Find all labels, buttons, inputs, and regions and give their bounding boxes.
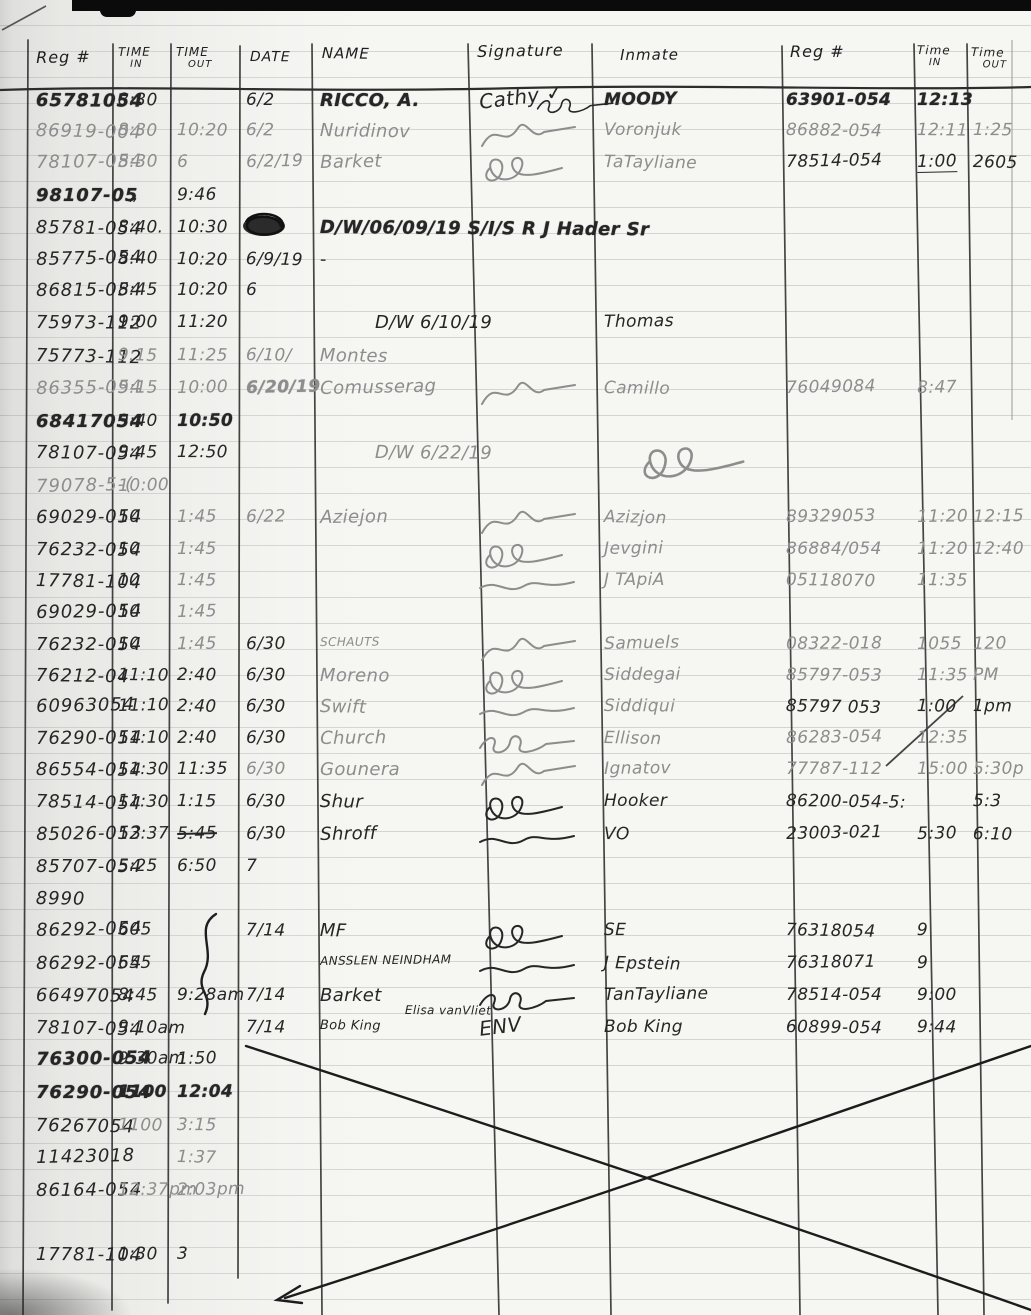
cell-tin: 11:30 [118, 761, 169, 778]
header-sublabel: OUT [188, 60, 212, 70]
cell-reg: 8990 [36, 890, 86, 909]
cell-tout2: PM [973, 667, 999, 684]
cell-tin: 9:30am [118, 1050, 186, 1068]
signature-scribble [478, 669, 578, 699]
cell-name: D/W 6/22/19 [375, 444, 492, 463]
cell-date: 6/30 [246, 729, 286, 747]
cell-name: Nuridinov [320, 122, 411, 141]
cell-date: 6/2 [246, 122, 275, 139]
cell-tout: 12:50 [177, 444, 228, 461]
cell-name: Moreno [320, 667, 390, 685]
cell-tout: 2:40 [177, 729, 217, 747]
cell-name: MF [320, 922, 347, 941]
cell-tin2: 9 [917, 922, 929, 939]
cell-tin: 8:40 [118, 250, 158, 268]
cell-date: 6/20/19 [246, 378, 321, 397]
cell-tout: 2:40 [177, 667, 217, 684]
cell-name: Comusserag [320, 378, 437, 398]
cell-inmate: TanTayliane [604, 986, 709, 1004]
cell-name: SCHAUTS [320, 636, 380, 648]
cell-tout: 1:45 [177, 572, 217, 590]
cell-tin: 1100 [118, 1084, 167, 1101]
cell-tout2: 1:25 [973, 122, 1013, 139]
cell-name: Montes [320, 347, 388, 366]
cell-reg2: 86200-054-5: [786, 793, 906, 812]
cell-name: Barket [320, 987, 382, 1005]
cell-tin: 8:30 [118, 92, 158, 109]
signature-scribble [478, 828, 578, 858]
cell-inmate: Samuels [604, 634, 680, 653]
header-label: NAME [322, 44, 370, 63]
cell-reg2: 86882-054 [786, 122, 882, 140]
cell-reg2: 86283-054 [786, 729, 882, 747]
cell-tout: 2:40 [177, 698, 217, 716]
cell-name: D/W 6/10/19 [375, 314, 492, 332]
cell-tin: 9:40 [118, 413, 158, 430]
cell-tout: 11:25 [177, 347, 228, 365]
cell-tin: 9:10am [118, 1019, 186, 1037]
cell-reg2: 76318054 [786, 922, 876, 941]
cell-date: 6/10/ [246, 347, 292, 365]
cell-tout: 1:15 [177, 793, 217, 811]
cell-inmate: Bob King [604, 1019, 683, 1036]
cell-name: RICCO, A. [320, 92, 420, 110]
signature-scribble [478, 700, 578, 730]
cell-tin2: 1055 [917, 636, 962, 653]
cell-tin: 8:45 [118, 987, 158, 1004]
cell-tout: 6:50 [177, 858, 217, 875]
header-col-7: Reg # [790, 44, 845, 60]
cell-tout2: 5:30p [973, 761, 1024, 778]
cross-out-diagonal-up [285, 1046, 1031, 1298]
cell-date: 6 [246, 282, 257, 299]
cell-reg2: 76318071 [786, 954, 876, 972]
cell-tout2: 6:10 [973, 826, 1013, 844]
cell-date: 6/30 [246, 698, 286, 716]
cell-tin: 10 [118, 509, 141, 526]
cell-tout: 11:20 [177, 314, 228, 331]
signature-scribble [478, 574, 578, 604]
cell-tin2: 9:00 [917, 987, 957, 1004]
cell-reg2: 76049084 [786, 378, 876, 397]
cell-tin: 8:30 [118, 153, 158, 171]
cell-tout: 2:03pm [177, 1181, 245, 1199]
cell-reg: 11423018 [36, 1147, 135, 1167]
header-label: Time [917, 43, 951, 57]
header-label: Reg # [790, 42, 845, 61]
cell-tout: 3 [177, 1246, 188, 1263]
signature-scribble [478, 382, 578, 412]
cell-reg2: 85797 053 [786, 698, 882, 717]
cell-tin2: 1:00 [917, 153, 957, 173]
cell-inmate: J Epstein [604, 955, 681, 974]
cell-tout: 1:50 [177, 1050, 217, 1068]
cell-inmate: TaTayliane [604, 154, 697, 172]
header-label: Reg # [36, 47, 91, 67]
cell-reg2: 63901-054 [786, 92, 891, 109]
cell-tout: 1:45 [177, 603, 217, 621]
cell-tin2: 1:00 [917, 698, 957, 716]
signature-scribble [478, 763, 578, 793]
cell-tin: 8:45 [118, 282, 158, 299]
header-label: TIME [118, 45, 151, 59]
cell-date: 6/9/19 [246, 251, 303, 269]
cell-tout: 9:46 [177, 187, 217, 204]
cell-tout: 3:15 [177, 1117, 217, 1134]
header-col-1: TIMEIN [118, 46, 151, 70]
column-line-timeout-date [238, 46, 240, 1278]
cell-tout2: 5:3 [973, 793, 1002, 810]
cell-tout: 1:37 [177, 1149, 217, 1167]
signature-scribble [478, 732, 578, 762]
header-sublabel: IN [130, 60, 151, 70]
header-col-8: TimeIN [917, 44, 951, 68]
cell-tin2: 11:20 [917, 541, 968, 558]
cell-tin: 655 [118, 955, 152, 972]
cell-tin2: 12:35 [917, 729, 968, 747]
cell-inmate: Voronjuk [604, 122, 682, 139]
corner-pencil-stroke [2, 6, 46, 30]
cell-date: 7/14 [246, 987, 286, 1004]
cell-tin: 9:15 [118, 379, 158, 397]
cell-inmate: Ignatov [604, 760, 671, 778]
cell-tout2: 120 [973, 636, 1007, 653]
cell-tin: 11:10 [118, 697, 169, 715]
cell-tout: 12:04 [177, 1084, 233, 1101]
header-label: Signature [477, 40, 564, 61]
cell-inmate: Siddegai [604, 666, 681, 684]
scanned-log-page: Reg #TIMEINTIMEOUTDATENAMESignatureInmat… [0, 0, 1031, 1315]
cell-date: 6/30 [246, 636, 286, 653]
cell-tout: 10:00 [177, 379, 228, 397]
signature-scribble [478, 156, 578, 186]
cell-tin2: 12:11 [917, 122, 968, 140]
cell-tout2: 12:15 [973, 508, 1024, 526]
cell-tin: 10 [118, 604, 141, 621]
cell-tin: 1100 [118, 1117, 163, 1135]
cell-tin2: 11:35 [917, 667, 968, 684]
cell-name: Aziejon [320, 508, 388, 527]
cell-tout: 1:45 [177, 636, 217, 653]
cell-tout: 10:20 [177, 122, 228, 140]
cell-inmate: Ellison [604, 730, 662, 748]
signature-scribble [478, 543, 578, 573]
header-label: TIME [176, 45, 209, 59]
cell-tin: · „ [118, 187, 139, 204]
cell-tin2: 5:30 [917, 825, 957, 843]
cell-tin: 9:45 [118, 444, 158, 462]
header-col-5: Signature [477, 42, 564, 60]
cell-tin2: 11:35 [917, 572, 968, 590]
header-col-0: Reg # [36, 49, 91, 66]
cell-tout: 10:20 [177, 251, 228, 269]
cell-reg2: 60899-054 [786, 1019, 882, 1037]
cell-tin2: 12:13 [917, 92, 973, 109]
header-sublabel: OUT [983, 60, 1007, 70]
cell-tout: 10:30 [177, 219, 228, 236]
signature-scribble [478, 124, 578, 154]
cell-inmate: Camillo [604, 380, 670, 398]
cell-name: Barket [320, 153, 382, 172]
cell-name: Shur [320, 793, 363, 812]
cell-inmate: SE [604, 922, 626, 939]
cell-tin: 11:10 [118, 730, 169, 747]
cell-tin2: 15:00 [917, 761, 968, 778]
cell-tin: 12:37 [118, 825, 169, 843]
cell-tin: 5:25 [118, 858, 158, 875]
header-col-9: TimeOUT [971, 46, 1008, 71]
cell-tout: 11:35 [177, 761, 228, 778]
cell-tin: 9:15 [118, 347, 158, 365]
cell-tin: 8:40. [118, 219, 164, 237]
cell-date: 7 [246, 858, 257, 875]
cell-tin2: 11:20 [917, 508, 968, 526]
cell-name: Swift [320, 698, 367, 717]
date-blackout-scribble [243, 214, 285, 236]
cell-name: Bob King [320, 1019, 381, 1033]
cell-tin: 1:30 [118, 1246, 158, 1263]
signature-scribble [478, 511, 578, 541]
cell-name: Church [320, 729, 387, 748]
cell-date: 6/30 [246, 825, 286, 843]
cell-name2: Elisa vanVliet [405, 1004, 491, 1017]
cell-tin: 10 [118, 572, 141, 589]
cell-date: 7/14 [246, 922, 286, 940]
cell-tin2: 9 [917, 955, 928, 972]
header-col-3: DATE [250, 50, 291, 64]
signature-scribble [478, 638, 578, 668]
cell-tout: 9:28am [177, 987, 245, 1004]
cell-inmate: Jevgini [604, 540, 664, 558]
cell-date: 6/30 [246, 793, 286, 811]
signature-scribble [478, 924, 578, 954]
cell-reg2: 23003-021 [786, 824, 883, 843]
cell-name: - [320, 251, 327, 269]
header-col-6: Inmate [620, 47, 679, 63]
cell-tout2: 12:40 [973, 541, 1024, 558]
scan-corner-smudge [0, 1269, 130, 1315]
cell-reg2: 86884/054 [786, 541, 882, 558]
cell-tin: 8:30 [118, 122, 158, 140]
cell-tout2: 2605 [973, 154, 1018, 172]
signature-scribble [478, 957, 578, 987]
cell-inmate: VO [604, 826, 630, 843]
cell-reg: 76212-04 [36, 667, 130, 686]
cell-tin: 605 [118, 921, 152, 939]
cell-tout2: 1pm [973, 698, 1013, 716]
cell-tin: 9:00 [118, 314, 158, 331]
cell-name: D/W/06/09/19 S/I/S R J Hader Sr [320, 219, 649, 239]
signature-scribble [478, 795, 578, 825]
cell-tout: 1:45 [177, 508, 217, 526]
cell-inmate: Azizjon [604, 509, 667, 527]
cell-tin2: 9:44 [917, 1019, 957, 1037]
cell-tout: 6 [177, 154, 189, 171]
cell-name: ANSSLEN NEINDHAM [320, 953, 452, 967]
signature-text: ENV [478, 1014, 523, 1039]
cell-tout: 10:20 [177, 281, 228, 299]
cell-date: 7/14 [246, 1019, 286, 1037]
cell-reg2: 78514-054 [786, 152, 883, 171]
header-label: Time [971, 45, 1005, 60]
cell-tout: 5:45 [177, 825, 217, 843]
cell-date: 6/30 [246, 761, 286, 778]
cell-date: 6/30 [246, 667, 286, 684]
cell-inmate: Siddiqui [604, 698, 675, 715]
signature-scribble [536, 96, 616, 120]
cell-reg2: 85797-053 [786, 667, 882, 685]
signature-scribble [634, 446, 764, 485]
cell-tout: 10:50 [177, 413, 233, 430]
cell-inmate: Hooker [604, 793, 667, 810]
cell-tout: 1:45 [177, 541, 217, 558]
cell-tin: 10:00 [118, 477, 169, 495]
cell-date: 6/22 [246, 508, 286, 526]
cell-name: Gounera [320, 761, 400, 779]
header-label: Inmate [620, 45, 679, 64]
cell-tin: 10 [118, 636, 140, 653]
cell-tin2: 8:47 [917, 379, 957, 397]
column-line-left-border [23, 40, 28, 1315]
cell-reg2: 89329053 [786, 508, 876, 526]
cell-reg2: 77787-112 [786, 761, 882, 778]
cell-reg2: 78514-054 [786, 987, 882, 1004]
cell-tin: 11:10 [118, 667, 169, 685]
cell-tin: 11:30 [118, 793, 169, 811]
cell-date: 6/2/19 [246, 153, 303, 171]
cell-inmate: J TApiA [604, 572, 665, 589]
header-col-2: TIMEOUT [176, 46, 212, 70]
cell-name: Shroff [320, 825, 377, 844]
cell-date: 6/2 [246, 92, 275, 109]
cell-inmate: Thomas [604, 313, 674, 331]
header-col-4: NAME [322, 46, 370, 62]
cell-reg2: 08322-018 [786, 635, 882, 653]
header-label: DATE [250, 49, 291, 65]
header-sublabel: IN [929, 58, 951, 68]
cell-tin: 10 [118, 541, 141, 558]
cell-reg2: 05118070 [786, 572, 876, 590]
